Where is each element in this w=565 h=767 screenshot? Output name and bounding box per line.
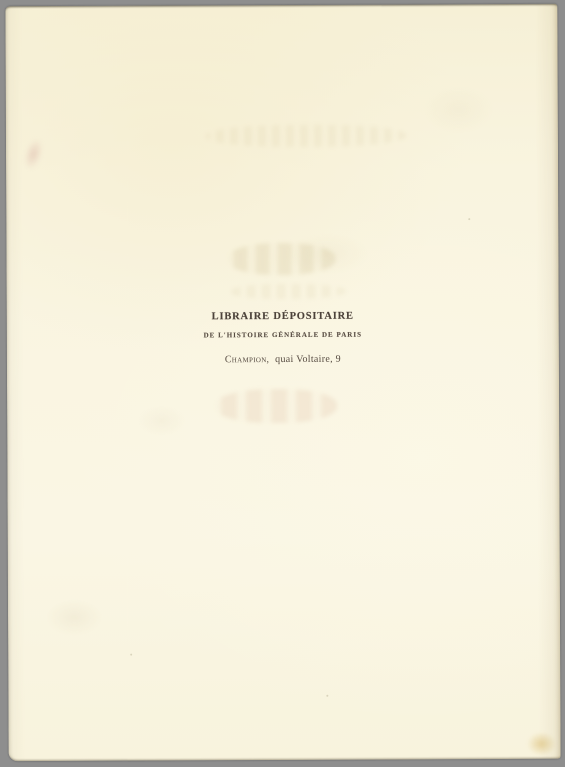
show-through-smudge-lower (215, 389, 337, 424)
book-page: LIBRAIRE DÉPOSITAIRE DE L'HISTOIRE GÉNÉR… (5, 4, 560, 761)
pink-smudge-stain (21, 136, 47, 172)
scanner-background: LIBRAIRE DÉPOSITAIRE DE L'HISTOIRE GÉNÉR… (0, 0, 565, 767)
publisher-address: quai Voltaire, 9 (275, 354, 341, 365)
paper-speck (326, 695, 328, 697)
tan-corner-stain (525, 730, 559, 758)
paper-speck (468, 218, 470, 220)
show-through-smudge-middle (230, 284, 346, 300)
publisher-name: Champion, (225, 354, 270, 365)
imprint-title: LIBRAIRE DÉPOSITAIRE (7, 310, 559, 323)
paper-speck (130, 654, 132, 656)
publisher-imprint: LIBRAIRE DÉPOSITAIRE DE L'HISTOIRE GÉNÉR… (7, 310, 559, 366)
imprint-address-line: Champion, quai Voltaire, 9 (7, 353, 559, 366)
show-through-smudge-top (206, 124, 406, 147)
imprint-series-line: DE L'HISTOIRE GÉNÉRALE DE PARIS (7, 330, 559, 340)
show-through-smudge-upper (227, 243, 335, 275)
